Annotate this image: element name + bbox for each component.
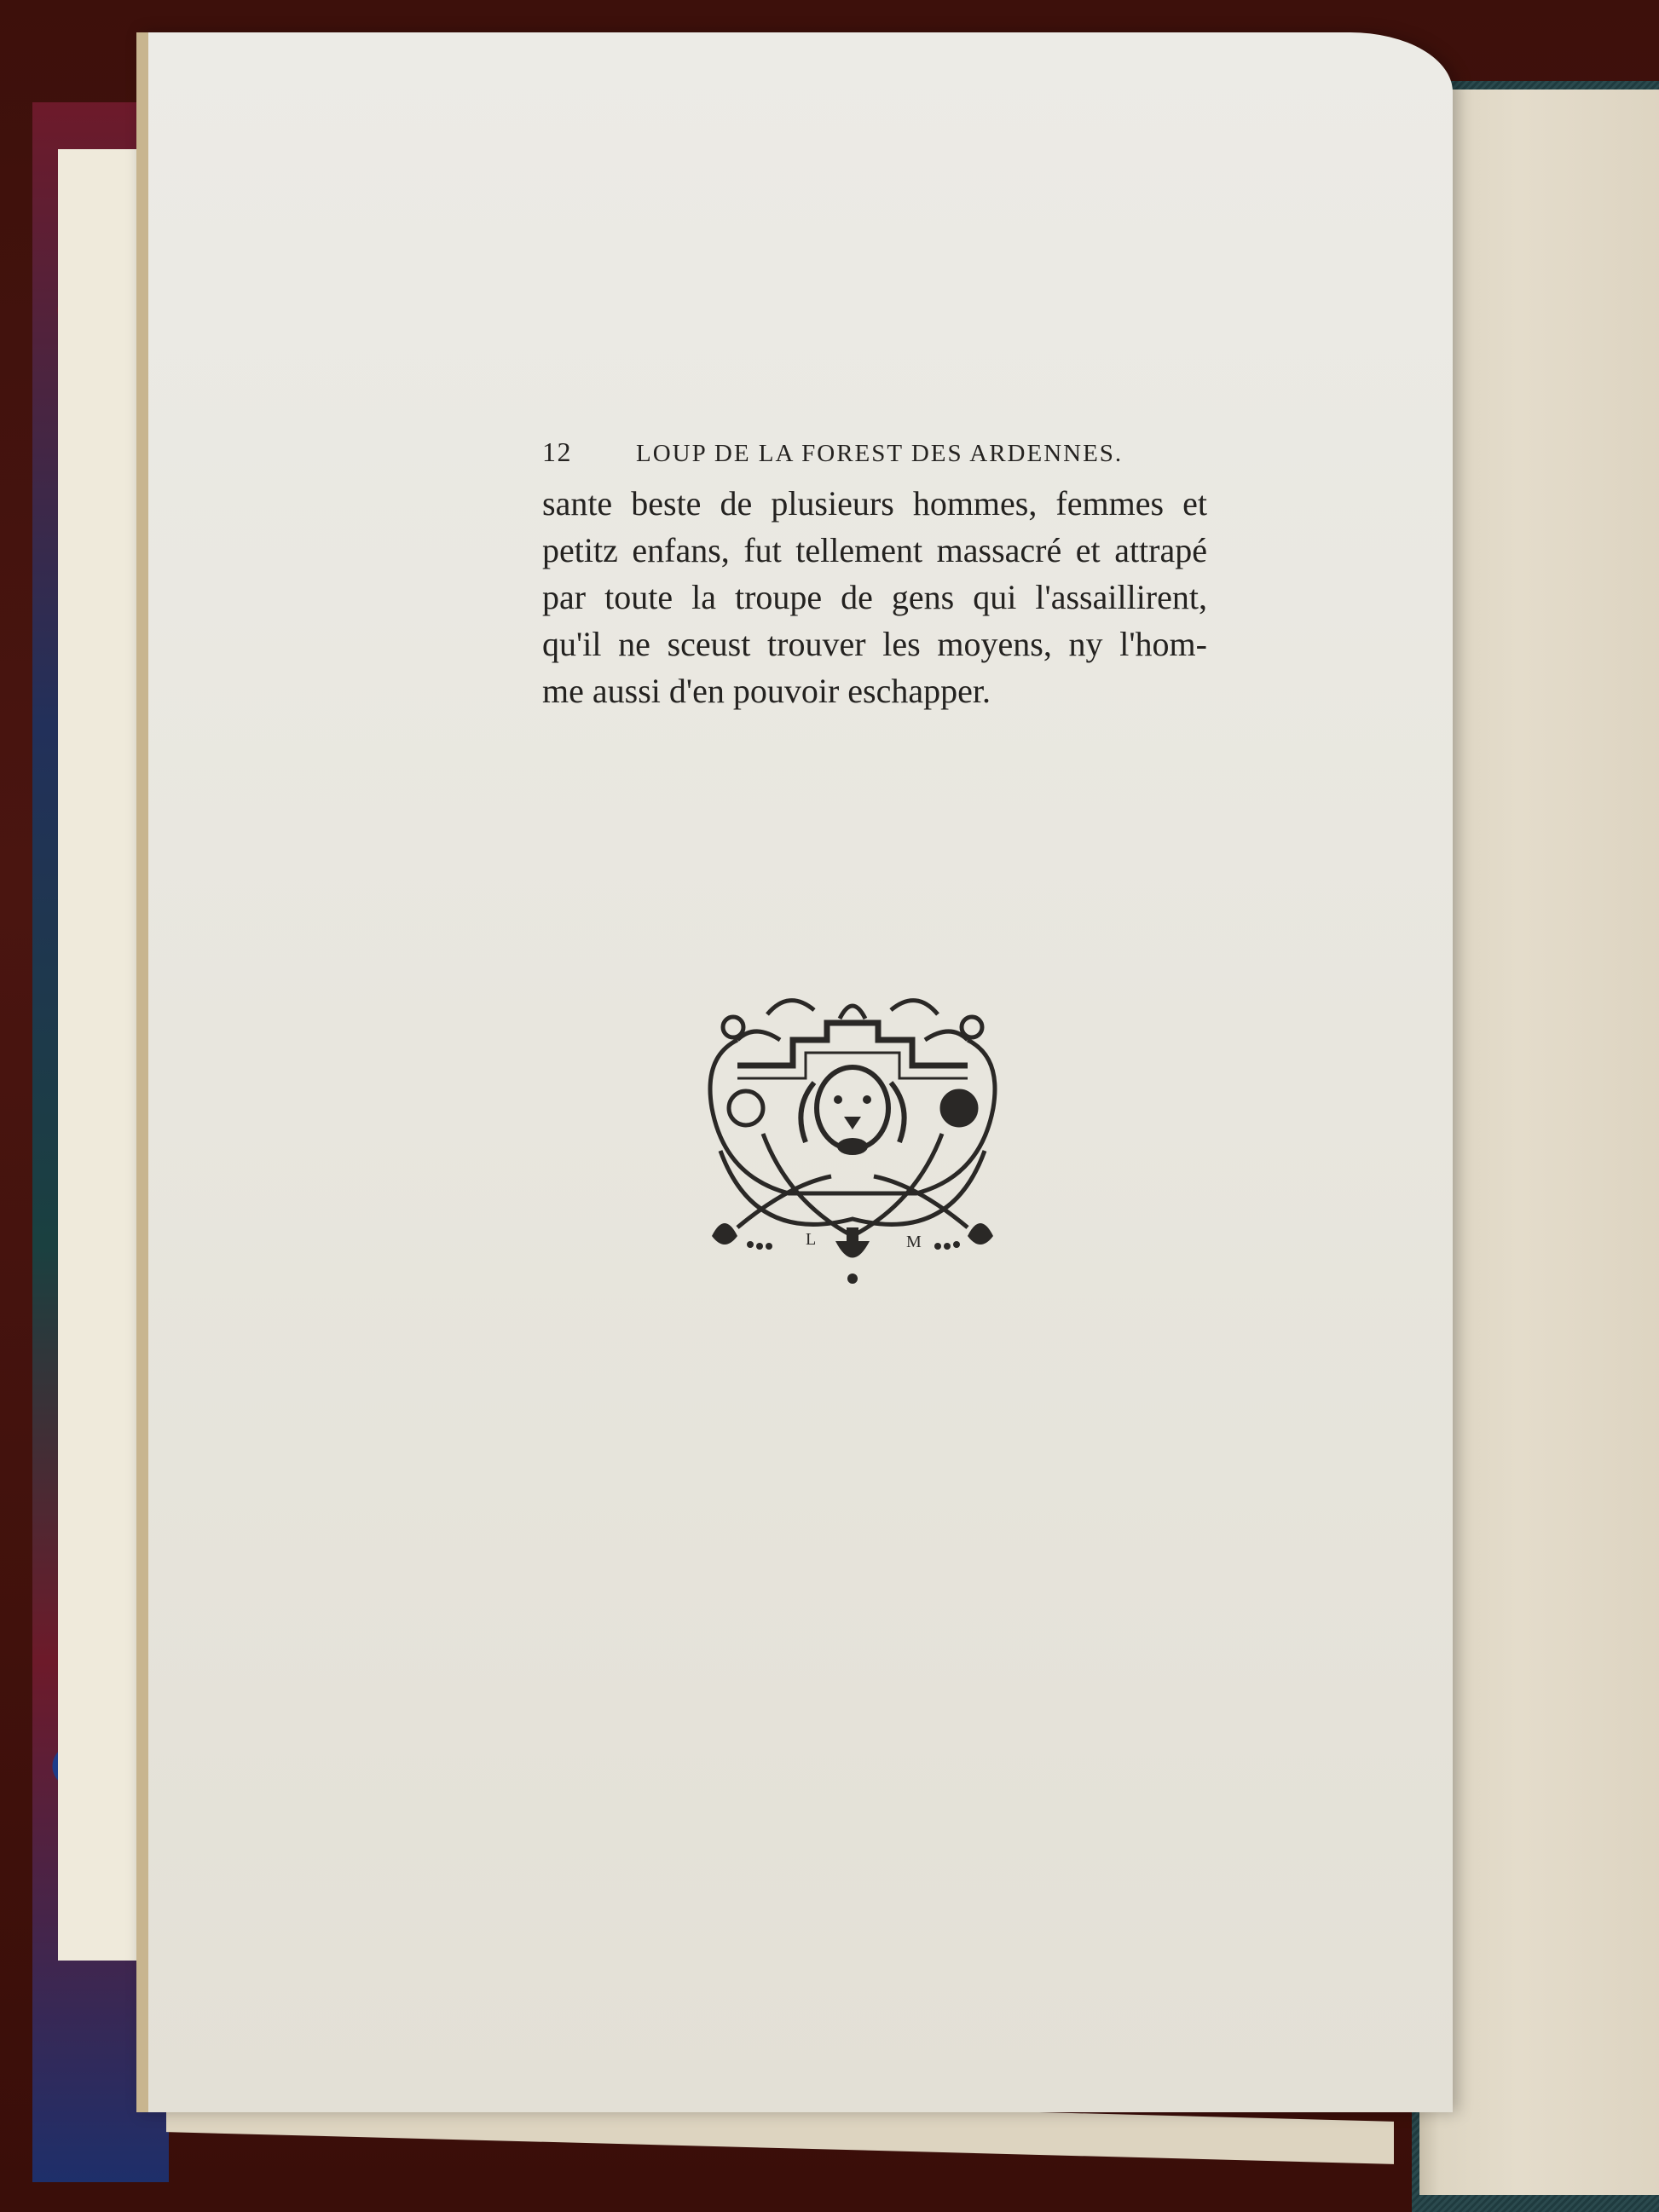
page-text: 12 LOUP DE LA FOREST DES ARDENNES. sante…	[542, 436, 1207, 714]
page-number: 12	[542, 436, 636, 468]
grotesque-mask-ornament-icon: L M	[686, 980, 1019, 1287]
ornament-initial-l: L	[806, 1230, 816, 1249]
body-line: sante beste de plusieurs hommes, femmes …	[542, 480, 1207, 527]
running-head: 12 LOUP DE LA FOREST DES ARDENNES.	[542, 436, 1207, 468]
facing-page-right	[1419, 90, 1659, 2195]
running-head-title: LOUP DE LA FOREST DES ARDENNES.	[636, 440, 1123, 468]
ornament-svg: L M	[686, 980, 1019, 1287]
body-line: par toute la troupe de gens qui l'assail…	[542, 574, 1207, 621]
body-line: qu'il ne sceust trouver les moyens, ny l…	[542, 621, 1207, 667]
body-line: me aussi d'en pouvoir eschapper.	[542, 667, 1207, 714]
body-line: petitz enfans, fut tellement massacré et…	[542, 527, 1207, 574]
ornament-initial-m: M	[906, 1233, 922, 1251]
